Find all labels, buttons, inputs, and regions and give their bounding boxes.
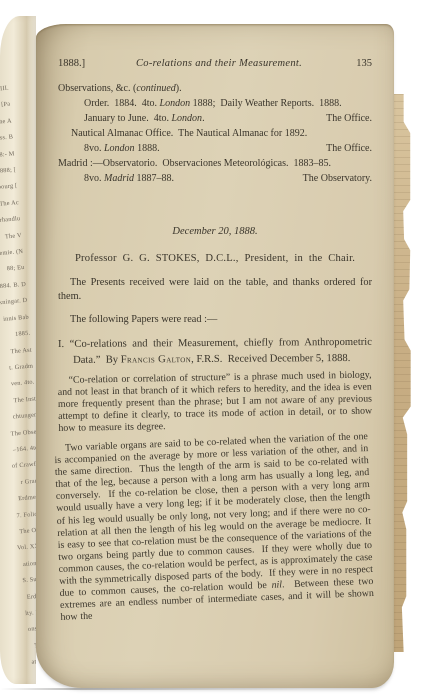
observations-entries: Observations, &c. (continued).Order. 188… [58,81,372,186]
observation-text: 8vo. London 1888. [84,141,160,156]
observation-attribution: The Office. [318,111,372,126]
main-page: 1888.] Co-relations and their Measuremen… [36,24,394,688]
observation-attribution: The Observatory. [295,171,372,186]
chair-line: Professor G. G. STOKES, D.C.L., Presiden… [58,253,372,264]
observation-entry: January to June. 4to. London.The Office. [58,111,372,126]
observation-text: January to June. 4to. London. [84,111,205,126]
observation-text: Observations, &c. (continued). [58,81,182,96]
observation-entry: Nautical Almanac Office. The Nautical Al… [58,126,372,141]
meeting-date: December 20, 1888. [58,226,372,237]
observation-text: Nautical Almanac Office. The Nautical Al… [71,126,307,141]
presents-line: The Presents received were laid on the t… [58,276,372,304]
header-running-title: Co-relations and their Measurement. [136,58,302,69]
body-paragraph-1: “Co-relation or correlation of structure… [57,370,372,436]
papers-read-line: The following Papers were read :— [58,314,372,325]
page-header: 1888.] Co-relations and their Measuremen… [58,58,372,69]
observation-text: 8vo. Madrid 1887–88. [84,171,174,186]
observation-entry: Observations, &c. (continued). [58,81,372,96]
left-page-fragments: Vol. III.ens. [PaThe Aeness. By 1888:- M… [0,81,36,674]
body-paragraph-2: Two variable organs are said to be co-re… [54,431,375,624]
observation-entry: 8vo. London 1888.The Office. [58,141,372,156]
header-year: 1888.] [58,58,92,69]
observations-section: Observations, &c. (continued).Order. 188… [58,81,372,186]
observation-text: Order. 1884. 4to. London 1888; Daily Wea… [84,96,342,111]
paper-heading: I. “Co-relations and their Measurement, … [58,335,372,368]
observation-attribution: The Office. [318,141,372,156]
bottom-shadow-line [0,688,300,690]
observation-entry: Madrid :—Observatorio. Observaciones Met… [58,156,372,171]
header-page-number: 135 [346,58,372,69]
left-page-stack: Vol. III.ens. [PaThe Aeness. By 1888:- M… [0,16,36,684]
paper-title: “Co-relations and their Measurement, chi… [70,337,372,366]
observation-entry: Order. 1884. 4to. London 1888; Daily Wea… [58,96,372,111]
observation-text: Madrid :—Observatorio. Observaciones Met… [58,156,331,171]
observation-entry: 8vo. Madrid 1887–88.The Observatory. [58,171,372,186]
paper-number: I. [58,339,64,350]
book-photo: Vol. III.ens. [PaThe Aeness. By 1888:- M… [0,0,433,700]
